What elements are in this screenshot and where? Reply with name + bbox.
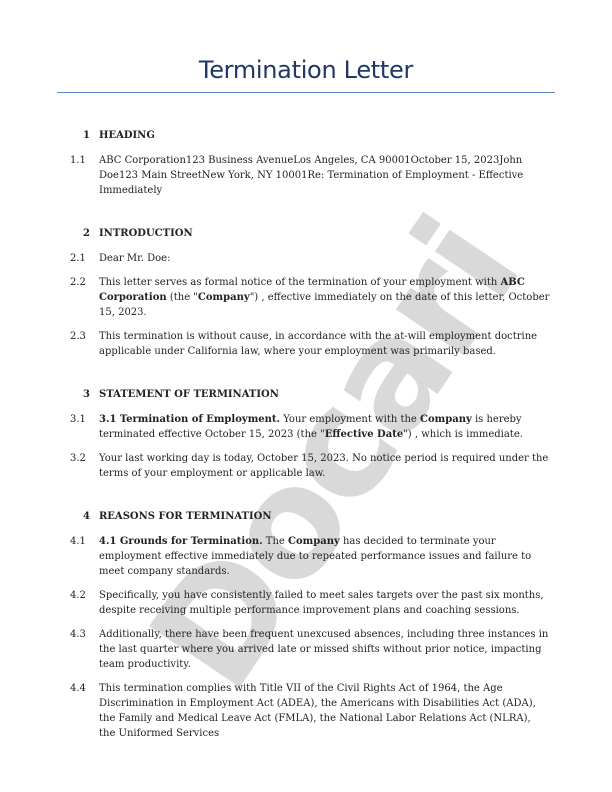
section-title: INTRODUCTION [99,226,193,241]
text-run: Dear Mr. Doe: [99,253,170,264]
clause: 2.3This termination is without cause, in… [70,329,550,359]
clause-text: This letter serves as formal notice of t… [99,275,550,320]
clause-number: 4.2 [70,588,90,618]
text-run: This letter serves as formal notice of t… [99,277,501,288]
clause-number: 4.1 [70,534,90,579]
clause-text: This termination complies with Title VII… [99,681,550,741]
clause: 3.2Your last working day is today, Octob… [70,451,550,481]
defined-term: 4.1 Grounds for Termination. [99,536,263,547]
section: 4REASONS FOR TERMINATION4.14.1 Grounds f… [70,509,550,741]
document-body: 1HEADING1.1ABC Corporation123 Business A… [70,128,550,769]
clause: 4.14.1 Grounds for Termination. The Comp… [70,534,550,579]
clause: 4.4This termination complies with Title … [70,681,550,741]
section-heading: 3STATEMENT OF TERMINATION [70,387,550,402]
title-divider [57,92,555,93]
text-run: The [263,536,288,547]
text-run: Specifically, you have consistently fail… [99,590,544,616]
section-number: 3 [70,387,90,402]
clause: 4.2Specifically, you have consistently f… [70,588,550,618]
text-run: (the " [167,292,198,303]
section: 3STATEMENT OF TERMINATION3.13.1 Terminat… [70,387,550,481]
text-run: Additionally, there have been frequent u… [99,629,548,670]
section-title: STATEMENT OF TERMINATION [99,387,279,402]
defined-term: Company [420,414,472,425]
clause-text: Dear Mr. Doe: [99,251,550,266]
clause-text: Your last working day is today, October … [99,451,550,481]
document-title: Termination Letter [0,56,612,84]
section: 1HEADING1.1ABC Corporation123 Business A… [70,128,550,198]
text-run: Your employment with the [280,414,420,425]
clause-number: 2.1 [70,251,90,266]
text-run: This termination is without cause, in ac… [99,331,537,357]
section-heading: 2INTRODUCTION [70,226,550,241]
section-title: REASONS FOR TERMINATION [99,509,272,524]
clause-number: 3.2 [70,451,90,481]
text-run: ") , which is immediate. [403,429,523,440]
section: 2INTRODUCTION2.1Dear Mr. Doe:2.2This let… [70,226,550,359]
section-number: 4 [70,509,90,524]
clause: 2.2This letter serves as formal notice o… [70,275,550,320]
clause-number: 4.4 [70,681,90,741]
clause-number: 3.1 [70,412,90,442]
clause: 4.3Additionally, there have been frequen… [70,627,550,672]
text-run: This termination complies with Title VII… [99,683,536,739]
document-page: Docari Termination Letter 1HEADING1.1ABC… [0,0,612,792]
text-run: ABC Corporation123 Business AvenueLos An… [99,155,523,196]
section-title: HEADING [99,128,155,143]
section-number: 1 [70,128,90,143]
clause: 2.1Dear Mr. Doe: [70,251,550,266]
clause-text: Specifically, you have consistently fail… [99,588,550,618]
clause: 1.1ABC Corporation123 Business AvenueLos… [70,153,550,198]
clause-text: ABC Corporation123 Business AvenueLos An… [99,153,550,198]
text-run: Your last working day is today, October … [99,453,548,479]
clause-text: This termination is without cause, in ac… [99,329,550,359]
clause-text: 3.1 Termination of Employment. Your empl… [99,412,550,442]
section-number: 2 [70,226,90,241]
defined-term: 3.1 Termination of Employment. [99,414,280,425]
clause-text: Additionally, there have been frequent u… [99,627,550,672]
defined-term: Company [198,292,250,303]
defined-term: Company [288,536,340,547]
section-heading: 1HEADING [70,128,550,143]
clause-number: 2.3 [70,329,90,359]
clause: 3.13.1 Termination of Employment. Your e… [70,412,550,442]
section-heading: 4REASONS FOR TERMINATION [70,509,550,524]
clause-text: 4.1 Grounds for Termination. The Company… [99,534,550,579]
clause-number: 1.1 [70,153,90,198]
defined-term: Effective Date [325,429,404,440]
clause-number: 2.2 [70,275,90,320]
clause-number: 4.3 [70,627,90,672]
